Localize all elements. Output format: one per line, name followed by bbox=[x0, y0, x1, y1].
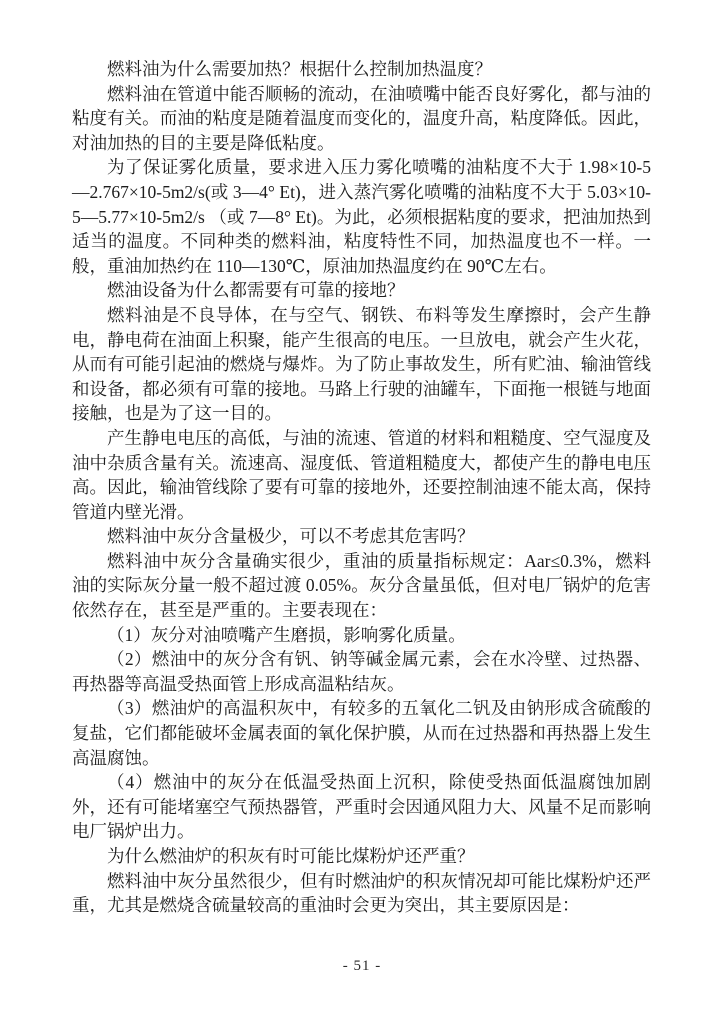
paragraph: 燃料油在管道中能否顺畅的流动，在油喷嘴中能否良好雾化，都与油的粘度有关。而油的粘… bbox=[72, 82, 651, 156]
question-line: 为什么燃油炉的积灰有时可能比煤粉炉还严重？ bbox=[72, 844, 651, 869]
paragraph: 为了保证雾化质量，要求进入压力雾化喷嘴的油粘度不大于 1.98×10-5—2.7… bbox=[72, 155, 651, 278]
document-page: 燃料油为什么需要加热？根据什么控制加热温度？燃料油在管道中能否顺畅的流动，在油喷… bbox=[0, 0, 724, 1024]
paragraph: （2）燃油中的灰分含有钒、钠等碱金属元素，会在水冷壁、过热器、再热器等高温受热面… bbox=[72, 647, 651, 696]
paragraph: 产生静电电压的高低，与油的流速、管道的材料和粗糙度、空气湿度及油中杂质含量有关。… bbox=[72, 426, 651, 524]
question-line: 燃料油中灰分含量极少，可以不考虑其危害吗？ bbox=[72, 524, 651, 549]
paragraph: 燃料油中灰分虽然很少，但有时燃油炉的积灰情况却可能比煤粉炉还严重，尤其是燃烧含硫… bbox=[72, 869, 651, 918]
document-body: 燃料油为什么需要加热？根据什么控制加热温度？燃料油在管道中能否顺畅的流动，在油喷… bbox=[72, 57, 651, 918]
question-line: 燃油设备为什么都需要有可靠的接地？ bbox=[72, 278, 651, 303]
paragraph: （4）燃油中的灰分在低温受热面上沉积，除使受热面低温腐蚀加剧外，还有可能堵塞空气… bbox=[72, 770, 651, 844]
paragraph: （1）灰分对油喷嘴产生磨损，影响雾化质量。 bbox=[72, 623, 651, 648]
paragraph: （3）燃油炉的高温积灰中，有较多的五氧化二钒及由钠形成含硫酸的复盐，它们都能破坏… bbox=[72, 696, 651, 770]
question-line: 燃料油为什么需要加热？根据什么控制加热温度？ bbox=[72, 57, 651, 82]
page-number: - 51 - bbox=[0, 958, 724, 975]
paragraph: 燃料油是不良导体，在与空气、钢铁、布料等发生摩擦时，会产生静电，静电荷在油面上积… bbox=[72, 303, 651, 426]
paragraph: 燃料油中灰分含量确实很少，重油的质量指标规定：Aar≤0.3%，燃料油的实际灰分… bbox=[72, 549, 651, 623]
